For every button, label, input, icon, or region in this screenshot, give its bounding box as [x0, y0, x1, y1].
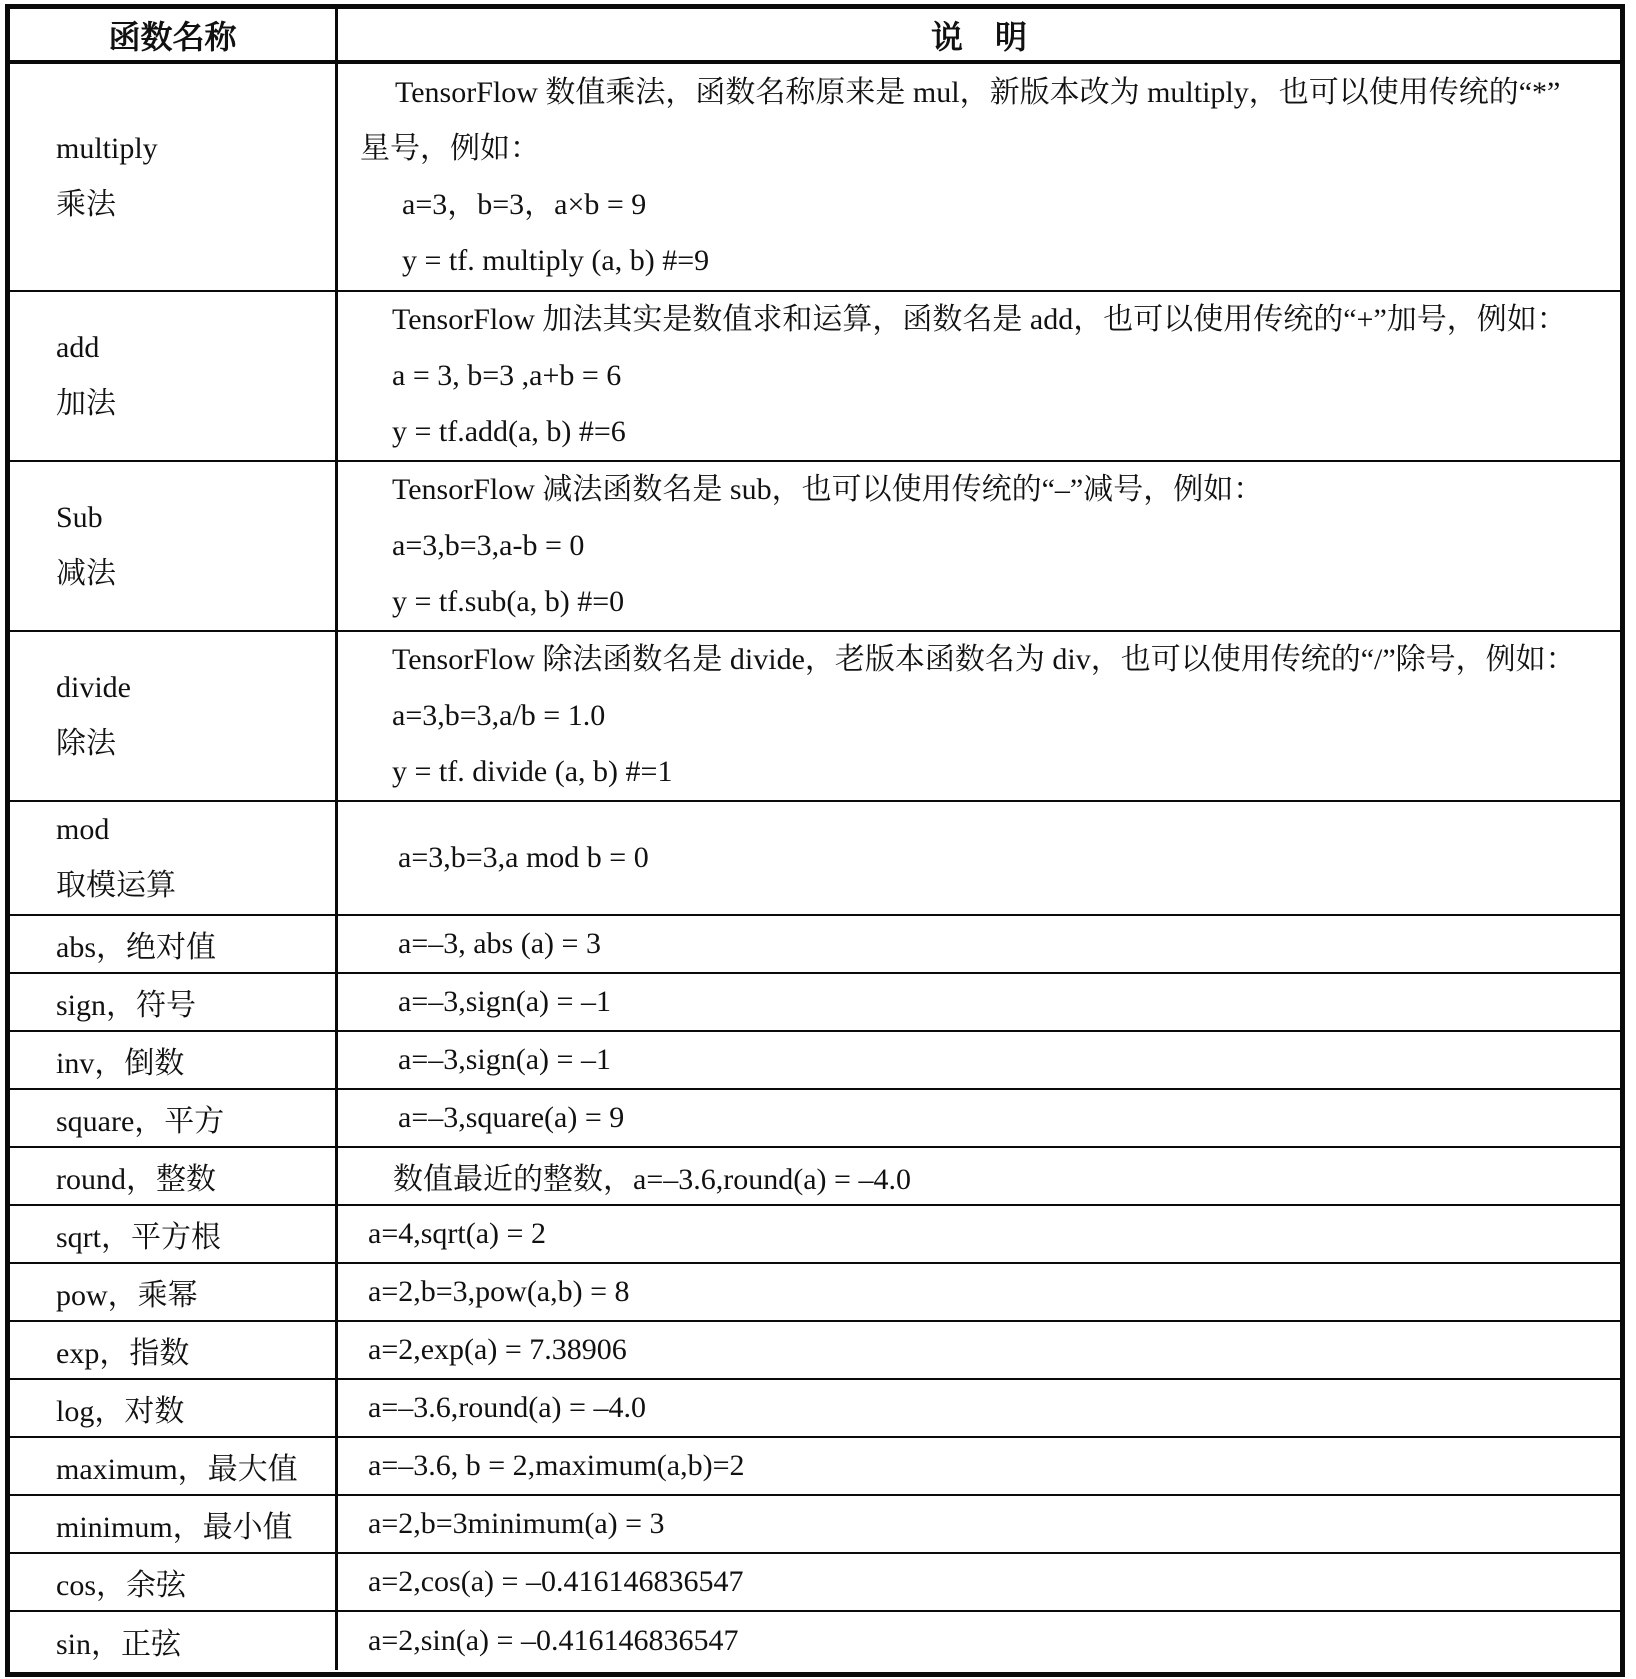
function-name-en: multiply: [56, 121, 335, 177]
description-line: 数值最近的整数，a=–3.6,round(a) = –4.0: [338, 1154, 1620, 1198]
cell-function-name: divide 除法: [10, 632, 338, 800]
cell-function-name: add 加法: [10, 292, 338, 460]
table-row-multiply: multiply 乘法 TensorFlow 数值乘法，函数名称原来是 mul，…: [10, 64, 1620, 292]
table-row-abs: abs，绝对值 a=–3, abs (a) = 3: [10, 916, 1620, 974]
table-row-maximum: maximum，最大值 a=–3.6, b = 2,maximum(a,b)=2: [10, 1438, 1620, 1496]
cell-function-name: sin，正弦: [10, 1612, 338, 1670]
table-row-divide: divide 除法 TensorFlow 除法函数名是 divide，老版本函数…: [10, 632, 1620, 802]
description-line: a=2,b=3,pow(a,b) = 8: [338, 1275, 1620, 1309]
description-line: a=3,b=3,a/b = 1.0: [338, 688, 1620, 744]
table-header-row: 函数名称 说 明: [10, 9, 1620, 64]
cell-function-name: minimum，最小值: [10, 1496, 338, 1552]
description-line: a=2,b=3minimum(a) = 3: [338, 1507, 1620, 1541]
table-row-minimum: minimum，最小值 a=2,b=3minimum(a) = 3: [10, 1496, 1620, 1554]
cell-description: TensorFlow 加法其实是数值求和运算，函数名是 add，也可以使用传统的…: [338, 292, 1620, 460]
cell-function-name: square，平方: [10, 1090, 338, 1146]
cell-description: a=2,b=3,pow(a,b) = 8: [338, 1264, 1620, 1320]
description-line: TensorFlow 减法函数名是 sub，也可以使用传统的“–”减号，例如：: [338, 462, 1620, 518]
cell-description: a=–3.6, b = 2,maximum(a,b)=2: [338, 1438, 1620, 1494]
cell-function-name: mod 取模运算: [10, 802, 338, 914]
description-line: a=3,b=3,a-b = 0: [338, 518, 1620, 574]
function-name-cn: 乘法: [56, 177, 335, 233]
function-name-en: mod: [56, 802, 335, 858]
cell-description: TensorFlow 减法函数名是 sub，也可以使用传统的“–”减号，例如： …: [338, 462, 1620, 630]
cell-function-name: exp，指数: [10, 1322, 338, 1378]
cell-description: 数值最近的整数，a=–3.6,round(a) = –4.0: [338, 1148, 1620, 1204]
description-line: a=–3, abs (a) = 3: [338, 927, 1620, 961]
description-line: a=2,cos(a) = –0.416146836547: [338, 1565, 1620, 1599]
description-line: TensorFlow 除法函数名是 divide，老版本函数名为 div，也可以…: [338, 632, 1620, 688]
header-description-label: 说 明: [931, 12, 1027, 58]
function-name-cn: 取模运算: [56, 858, 335, 914]
cell-description: a=–3, abs (a) = 3: [338, 916, 1620, 972]
description-line: a=3，b=3，a×b = 9: [338, 177, 1620, 233]
cell-description: TensorFlow 数值乘法，函数名称原来是 mul，新版本改为 multip…: [338, 64, 1620, 290]
table-row-sin: sin，正弦 a=2,sin(a) = –0.416146836547: [10, 1612, 1620, 1670]
function-name-cn: 加法: [56, 376, 335, 432]
function-name-text: minimum，最小值: [56, 1502, 335, 1546]
description-line: TensorFlow 数值乘法，函数名称原来是 mul，新版本改为 multip…: [338, 65, 1620, 121]
header-cell-description: 说 明: [338, 9, 1620, 60]
description-line: a=2,exp(a) = 7.38906: [338, 1333, 1620, 1367]
table-row-add: add 加法 TensorFlow 加法其实是数值求和运算，函数名是 add，也…: [10, 292, 1620, 462]
cell-function-name: sqrt，平方根: [10, 1206, 338, 1262]
description-line: a=–3,square(a) = 9: [338, 1101, 1620, 1135]
table-row-square: square，平方 a=–3,square(a) = 9: [10, 1090, 1620, 1148]
table-row-pow: pow，乘幂 a=2,b=3,pow(a,b) = 8: [10, 1264, 1620, 1322]
description-line: a=2,sin(a) = –0.416146836547: [338, 1624, 1620, 1658]
description-line: y = tf.add(a, b) #=6: [338, 404, 1620, 460]
table-row-mod: mod 取模运算 a=3,b=3,a mod b = 0: [10, 802, 1620, 916]
function-name-cn: 除法: [56, 716, 335, 772]
cell-description: a=–3,sign(a) = –1: [338, 1032, 1620, 1088]
table-row-sub: Sub 减法 TensorFlow 减法函数名是 sub，也可以使用传统的“–”…: [10, 462, 1620, 632]
description-line: a=4,sqrt(a) = 2: [338, 1217, 1620, 1251]
table-row-exp: exp，指数 a=2,exp(a) = 7.38906: [10, 1322, 1620, 1380]
cell-function-name: sign，符号: [10, 974, 338, 1030]
description-line: a=3,b=3,a mod b = 0: [338, 830, 1620, 886]
function-name-text: cos，余弦: [56, 1560, 335, 1604]
table-row-round: round，整数 数值最近的整数，a=–3.6,round(a) = –4.0: [10, 1148, 1620, 1206]
function-name-en: add: [56, 320, 335, 376]
description-line: 星号，例如：: [338, 121, 1620, 177]
function-name-text: abs，绝对值: [56, 922, 335, 966]
cell-description: a=2,b=3minimum(a) = 3: [338, 1496, 1620, 1552]
function-name-text: exp，指数: [56, 1328, 335, 1372]
cell-description: a=–3,sign(a) = –1: [338, 974, 1620, 1030]
cell-description: a=4,sqrt(a) = 2: [338, 1206, 1620, 1262]
description-line: y = tf. divide (a, b) #=1: [338, 744, 1620, 800]
description-line: a = 3, b=3 ,a+b = 6: [338, 348, 1620, 404]
description-line: a=–3.6, b = 2,maximum(a,b)=2: [338, 1449, 1620, 1483]
cell-function-name: multiply 乘法: [10, 64, 338, 290]
cell-function-name: log，对数: [10, 1380, 338, 1436]
cell-function-name: maximum，最大值: [10, 1438, 338, 1494]
header-cell-function-name: 函数名称: [10, 9, 338, 60]
cell-description: a=2,sin(a) = –0.416146836547: [338, 1612, 1620, 1670]
function-name-text: maximum，最大值: [56, 1444, 335, 1488]
function-reference-table: 函数名称 说 明 multiply 乘法 TensorFlow 数值乘法，函数名…: [5, 4, 1625, 1677]
description-line: TensorFlow 加法其实是数值求和运算，函数名是 add，也可以使用传统的…: [338, 292, 1620, 348]
table-row-log: log，对数 a=–3.6,round(a) = –4.0: [10, 1380, 1620, 1438]
table-row-sqrt: sqrt，平方根 a=4,sqrt(a) = 2: [10, 1206, 1620, 1264]
cell-description: TensorFlow 除法函数名是 divide，老版本函数名为 div，也可以…: [338, 632, 1620, 800]
cell-function-name: cos，余弦: [10, 1554, 338, 1610]
description-line: y = tf. multiply (a, b) #=9: [338, 233, 1620, 289]
function-name-en: divide: [56, 660, 335, 716]
cell-description: a=–3,square(a) = 9: [338, 1090, 1620, 1146]
cell-function-name: pow，乘幂: [10, 1264, 338, 1320]
cell-description: a=2,exp(a) = 7.38906: [338, 1322, 1620, 1378]
function-name-en: Sub: [56, 490, 335, 546]
description-line: a=–3.6,round(a) = –4.0: [338, 1391, 1620, 1425]
cell-function-name: round，整数: [10, 1148, 338, 1204]
function-name-text: sign，符号: [56, 980, 335, 1024]
cell-function-name: abs，绝对值: [10, 916, 338, 972]
function-name-text: sin，正弦: [56, 1619, 335, 1663]
description-line: y = tf.sub(a, b) #=0: [338, 574, 1620, 630]
cell-function-name: Sub 减法: [10, 462, 338, 630]
description-line: a=–3,sign(a) = –1: [338, 1043, 1620, 1077]
cell-description: a=3,b=3,a mod b = 0: [338, 802, 1620, 914]
table-row-cos: cos，余弦 a=2,cos(a) = –0.416146836547: [10, 1554, 1620, 1612]
function-name-text: round，整数: [56, 1154, 335, 1198]
function-name-text: square，平方: [56, 1096, 335, 1140]
header-function-name-label: 函数名称: [108, 12, 236, 58]
cell-function-name: inv，倒数: [10, 1032, 338, 1088]
cell-description: a=–3.6,round(a) = –4.0: [338, 1380, 1620, 1436]
function-name-text: pow，乘幂: [56, 1270, 335, 1314]
table-row-inv: inv，倒数 a=–3,sign(a) = –1: [10, 1032, 1620, 1090]
function-name-text: log，对数: [56, 1386, 335, 1430]
cell-description: a=2,cos(a) = –0.416146836547: [338, 1554, 1620, 1610]
table-row-sign: sign，符号 a=–3,sign(a) = –1: [10, 974, 1620, 1032]
function-name-text: inv，倒数: [56, 1038, 335, 1082]
description-line: a=–3,sign(a) = –1: [338, 985, 1620, 1019]
function-name-cn: 减法: [56, 546, 335, 602]
function-name-text: sqrt，平方根: [56, 1212, 335, 1256]
